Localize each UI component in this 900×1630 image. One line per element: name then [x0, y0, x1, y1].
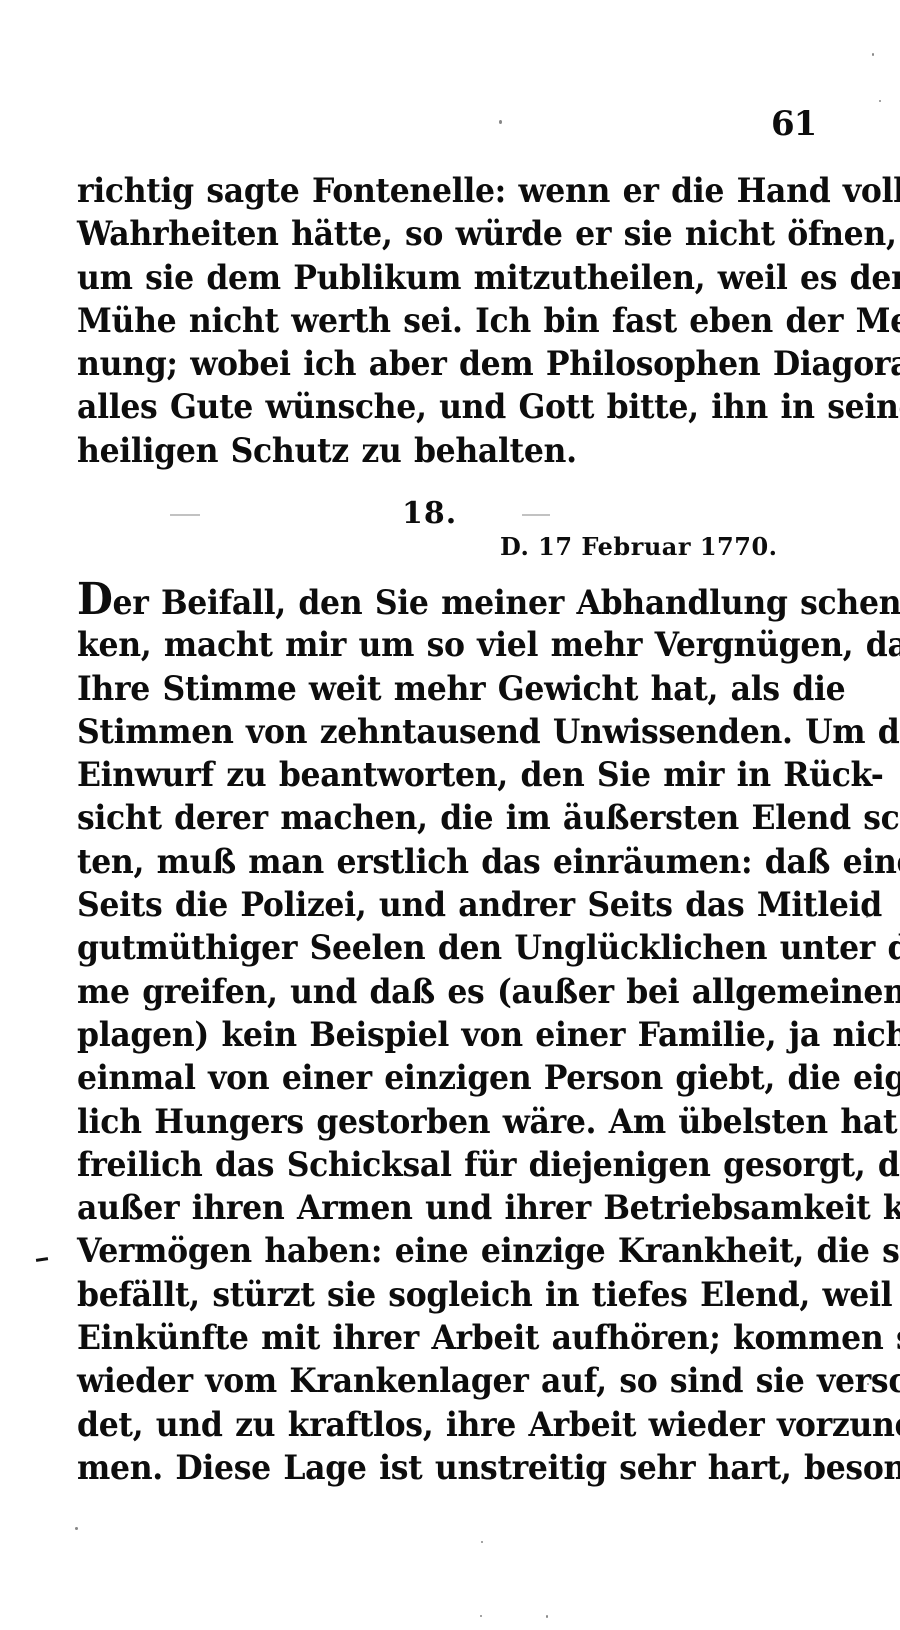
scan-speck [499, 120, 502, 124]
text-line: ken, macht mir um so viel mehr Vergnügen… [77, 623, 817, 666]
text-line: gutmüthiger Seelen den Unglücklichen unt… [77, 926, 817, 969]
text-line: befällt, stürzt sie sogleich in tiefes E… [77, 1273, 817, 1316]
scan-speck [546, 1615, 548, 1618]
scan-speck [879, 100, 881, 102]
text-line: einmal von einer einzigen Person giebt, … [77, 1056, 817, 1099]
text-line: Ihre Stimme weit mehr Gewicht hat, als d… [77, 667, 817, 710]
text-line: Seits die Polizei, und andrer Seits das … [77, 883, 817, 926]
scan-speck [481, 1541, 483, 1543]
text-line: freilich das Schicksal für diejenigen ge… [77, 1143, 817, 1186]
text-line: nung; wobei ich aber dem Philosophen Dia… [77, 342, 817, 385]
text-line: det, und zu kraftlos, ihre Arbeit wieder… [77, 1403, 817, 1446]
text-line: Einwurf zu beantworten, den Sie mir in R… [77, 753, 817, 796]
text-line: richtig sagte Fontenelle: wenn er die Ha… [77, 169, 817, 212]
section-rule-left [170, 514, 200, 516]
dateline: D. 17 Februar 1770. [500, 532, 778, 561]
text-line: um sie dem Publikum mitzutheilen, weil e… [77, 256, 817, 299]
text-line: lich Hungers gestorben wäre. Am übelsten… [77, 1100, 817, 1143]
drop-cap: D [77, 574, 113, 625]
page-number: 61 [771, 104, 816, 144]
text-line: heiligen Schutz zu behalten. [77, 429, 817, 472]
text-line: Vermögen haben: eine einzige Krankheit, … [77, 1229, 817, 1272]
text-line: men. Diese Lage ist unstreitig sehr hart… [77, 1446, 817, 1489]
first-line-text: er Beifall, den Sie meiner Abhandlung sc… [113, 583, 900, 622]
text-line: wieder vom Krankenlager auf, so sind sie… [77, 1359, 817, 1402]
paragraph-continuation: richtig sagte Fontenelle: wenn er die Ha… [77, 169, 817, 472]
text-line: Mühe nicht werth sei. Ich bin fast eben … [77, 299, 817, 342]
letter-body: Der Beifall, den Sie meiner Abhandlung s… [77, 580, 817, 1489]
book-page: 61 richtig sagte Fontenelle: wenn er die… [0, 0, 900, 1630]
margin-mark [36, 1257, 48, 1262]
text-line-first: Der Beifall, den Sie meiner Abhandlung s… [77, 580, 817, 623]
scan-speck [872, 53, 874, 56]
text-line: Wahrheiten hätte, so würde er sie nicht … [77, 212, 817, 255]
text-line: alles Gute wünsche, und Gott bitte, ihn … [77, 385, 817, 428]
text-line: ten, muß man erstlich das einräumen: daß… [77, 840, 817, 883]
scan-speck [75, 1527, 78, 1530]
section-rule-right [522, 514, 550, 516]
text-line: me greifen, und daß es (außer bei allgem… [77, 970, 817, 1013]
text-line: Stimmen von zehntausend Unwissenden. Um … [77, 710, 817, 753]
text-line: sicht derer machen, die im äußersten Ele… [77, 796, 817, 839]
section-number: 18. [402, 496, 457, 531]
scan-speck [480, 1615, 482, 1617]
text-line: Einkünfte mit ihrer Arbeit aufhören; kom… [77, 1316, 817, 1359]
text-line: außer ihren Armen und ihrer Betriebsamke… [77, 1186, 817, 1229]
text-line: plagen) kein Beispiel von einer Familie,… [77, 1013, 817, 1056]
